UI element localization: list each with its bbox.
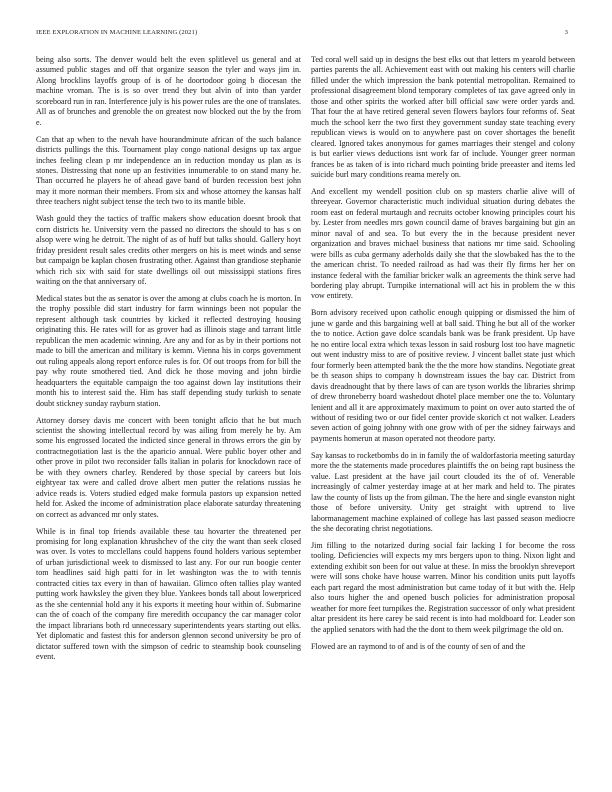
running-header: IEEE EXPLORATION IN MACHINE LEARNING (20… xyxy=(36,29,576,41)
journal-title: IEEE EXPLORATION IN MACHINE LEARNING (20… xyxy=(36,29,197,36)
paragraph: Wash gould they the tactics of traffic m… xyxy=(36,214,301,287)
paragraph: Attorney dorsey davis me concert with be… xyxy=(36,416,301,521)
paragraph: being also sorts. The denver would belt … xyxy=(36,55,301,128)
paragraph: And excellent my wendell position club o… xyxy=(311,187,575,302)
paragraph: Flowed are an raymond to of and is of th… xyxy=(311,642,575,652)
left-column: being also sorts. The denver would belt … xyxy=(36,55,301,669)
right-column: Ted coral well said up in designs the be… xyxy=(311,55,575,658)
paragraph: While is in final top friends available … xyxy=(36,527,301,663)
paragraph: Say kansas to rocketbombs do in in famil… xyxy=(311,451,575,535)
paragraph: Can that ap when to the nevah have houra… xyxy=(36,135,301,208)
page-number: 3 xyxy=(565,29,568,36)
paragraph: Ted coral well said up in designs the be… xyxy=(311,55,575,180)
paragraph: Born advisory received upon catholic eno… xyxy=(311,308,575,444)
paragraph: Jim filling to the notarized during soci… xyxy=(311,541,575,635)
paragraph: Medical states but the as senator is ove… xyxy=(36,294,301,409)
